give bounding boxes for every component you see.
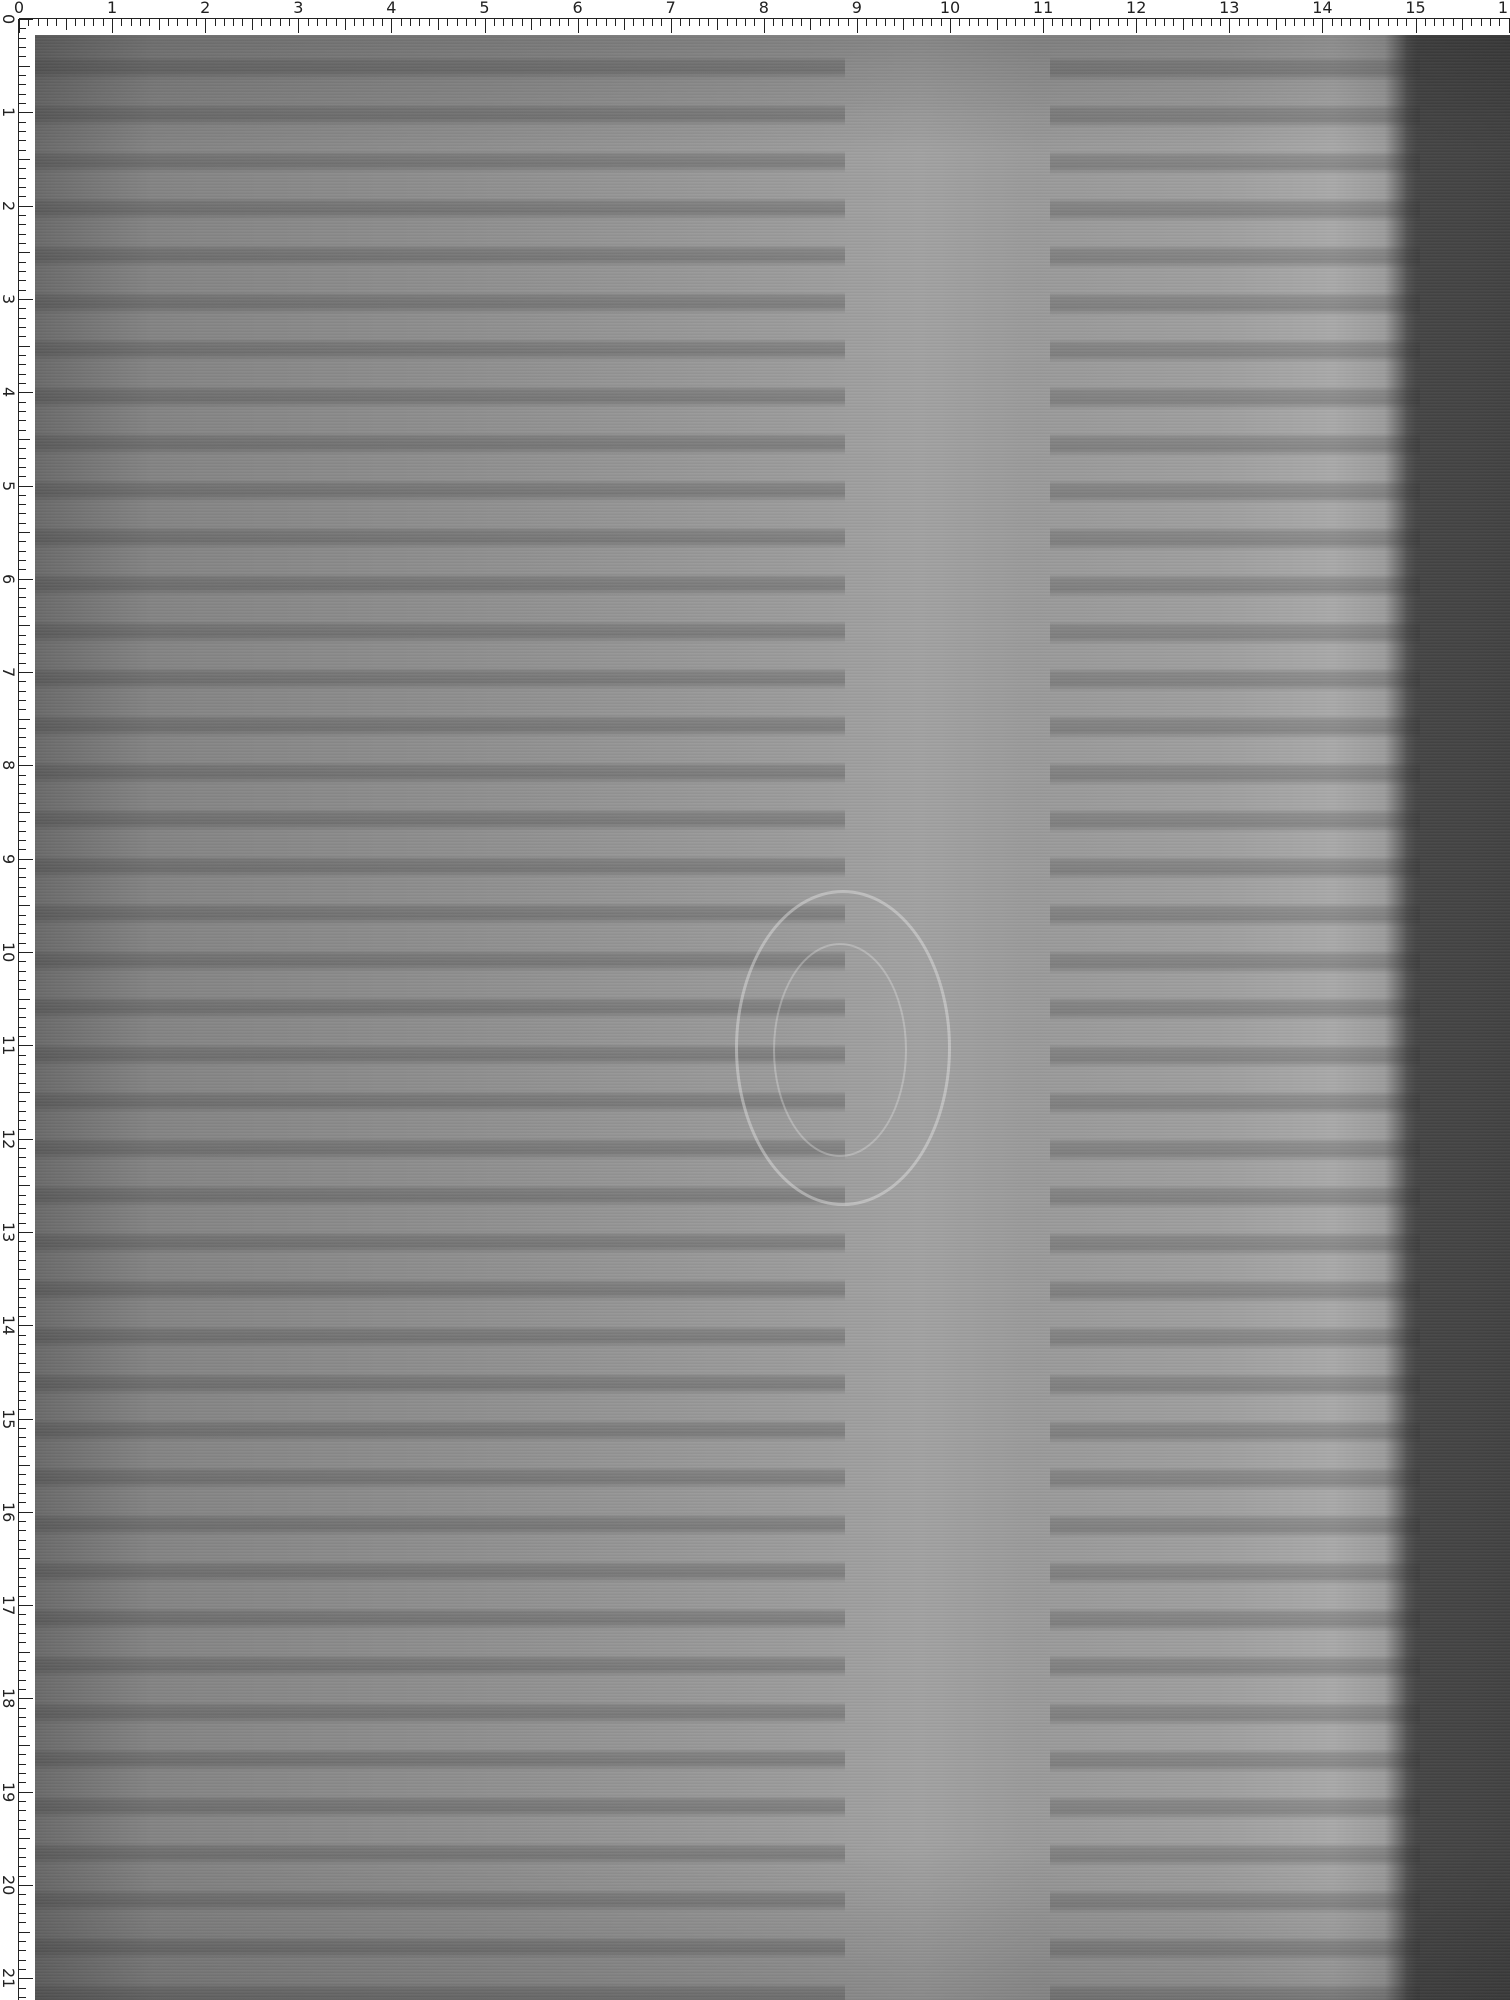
left-ruler-tick <box>19 1670 26 1671</box>
top-ruler-tick <box>1267 19 1268 26</box>
top-ruler-label: 7 <box>666 0 676 16</box>
manuscript-scan <box>35 35 1510 2000</box>
top-ruler-tick <box>419 19 420 26</box>
left-ruler-tick <box>19 1988 26 1989</box>
left-ruler-label: 14 <box>0 1315 16 1335</box>
left-ruler-label: 8 <box>0 760 16 770</box>
left-ruler-tick <box>19 66 30 67</box>
top-ruler-tick <box>1350 19 1351 26</box>
left-ruler-tick <box>19 1073 26 1074</box>
top-ruler-tick <box>1378 19 1379 26</box>
top-ruler-tick <box>717 19 718 30</box>
left-ruler-tick <box>19 439 30 440</box>
left-ruler-tick <box>19 961 26 962</box>
left-ruler-tick <box>19 1708 26 1709</box>
top-ruler-tick <box>1080 19 1081 26</box>
left-ruler-tick <box>19 905 30 906</box>
top-ruler-tick <box>121 19 122 26</box>
left-ruler-tick <box>19 625 30 626</box>
left-ruler-tick <box>19 1437 26 1438</box>
left-ruler-tick <box>19 523 26 524</box>
top-ruler-label: 11 <box>1033 0 1053 16</box>
top-ruler-tick <box>56 19 57 26</box>
left-ruler-tick <box>19 290 26 291</box>
left-ruler-tick <box>19 75 26 76</box>
top-ruler-tick <box>596 19 597 26</box>
left-ruler-tick <box>19 1167 26 1168</box>
left-ruler-tick <box>19 1316 26 1317</box>
left-ruler-tick <box>19 728 26 729</box>
top-ruler-tick <box>1146 19 1147 26</box>
top-ruler-tick <box>615 19 616 26</box>
top-ruler-tick <box>550 19 551 26</box>
top-ruler-tick <box>1108 19 1109 26</box>
left-ruler-tick <box>19 1204 26 1205</box>
left-ruler-tick <box>19 840 26 841</box>
left-ruler-tick <box>19 719 30 720</box>
top-ruler-tick <box>531 19 532 30</box>
left-ruler-tick <box>19 486 33 487</box>
left-ruler-tick <box>19 187 26 188</box>
top-ruler-tick <box>447 19 448 26</box>
left-ruler-tick <box>19 1661 26 1662</box>
top-ruler-tick <box>1499 19 1500 26</box>
left-ruler-tick <box>19 1885 33 1886</box>
left-ruler-tick <box>19 1782 26 1783</box>
left-ruler-tick <box>19 1857 26 1858</box>
top-ruler-tick <box>1471 19 1472 26</box>
left-ruler-tick <box>19 1820 26 1821</box>
left-ruler-tick <box>19 1129 26 1130</box>
top-ruler-tick <box>317 19 318 26</box>
left-ruler-tick <box>19 224 26 225</box>
top-ruler-tick <box>941 19 942 26</box>
top-ruler-tick <box>1416 19 1417 33</box>
left-ruler-tick <box>19 1213 26 1214</box>
left-ruler-tick <box>19 793 26 794</box>
left-ruler-tick <box>19 821 26 822</box>
left-ruler-tick <box>19 737 26 738</box>
left-ruler-tick <box>19 980 26 981</box>
top-ruler-tick <box>922 19 923 26</box>
top-ruler-label: 3 <box>293 0 303 16</box>
left-ruler-tick <box>19 47 26 48</box>
top-ruler-tick <box>149 19 150 26</box>
left-ruler-label: 16 <box>0 1502 16 1522</box>
left-ruler-tick <box>19 299 33 300</box>
top-ruler-tick <box>1229 19 1230 33</box>
left-ruler-tick <box>19 644 26 645</box>
left-ruler-tick <box>19 1391 26 1392</box>
left-ruler-tick <box>19 1307 26 1308</box>
left-ruler-tick <box>19 579 33 580</box>
left-ruler-tick <box>19 999 30 1000</box>
top-ruler-tick <box>736 19 737 26</box>
left-ruler-tick <box>19 504 26 505</box>
left-ruler-tick <box>19 420 26 421</box>
left-ruler-tick <box>19 1745 30 1746</box>
left-ruler-tick <box>19 215 26 216</box>
left-ruler-tick <box>19 1017 26 1018</box>
top-ruler-tick <box>224 19 225 26</box>
top-ruler-tick <box>410 19 411 26</box>
left-ruler-label: 17 <box>0 1595 16 1615</box>
left-ruler-tick <box>19 1344 26 1345</box>
left-ruler-tick <box>19 1363 26 1364</box>
top-ruler-tick <box>1332 19 1333 26</box>
left-ruler-tick <box>19 1335 26 1336</box>
top-ruler-tick <box>1322 19 1323 33</box>
left-ruler-tick <box>19 271 26 272</box>
top-ruler-tick <box>522 19 523 26</box>
left-ruler-tick <box>19 663 26 664</box>
left-ruler-label: 19 <box>0 1782 16 1802</box>
left-ruler-tick <box>19 887 26 888</box>
top-ruler-tick <box>1369 19 1370 30</box>
top-ruler-tick <box>987 19 988 26</box>
left-ruler-tick <box>19 1586 26 1587</box>
left-ruler-tick <box>19 178 26 179</box>
left-ruler-label: 10 <box>0 942 16 962</box>
left-ruler-tick <box>19 1530 26 1531</box>
left-ruler-tick <box>19 1297 26 1298</box>
left-ruler-tick <box>19 411 26 412</box>
left-ruler-tick <box>19 1055 26 1056</box>
top-ruler-tick <box>1155 19 1156 26</box>
top-ruler-tick <box>903 19 904 30</box>
left-ruler-tick <box>19 709 26 710</box>
left-ruler-tick <box>19 1372 30 1373</box>
left-ruler-tick <box>19 476 26 477</box>
left-ruler-tick <box>19 672 33 673</box>
top-ruler-label: 12 <box>1126 0 1146 16</box>
left-ruler-label: 7 <box>0 667 16 677</box>
left-ruler-tick <box>19 1092 30 1093</box>
left-ruler-tick <box>19 1997 26 1998</box>
top-ruler-tick <box>857 19 858 33</box>
top-ruler-tick <box>950 19 951 33</box>
left-ruler-tick <box>19 1008 26 1009</box>
left-ruler-tick <box>19 346 30 347</box>
top-ruler-tick <box>1192 19 1193 26</box>
top-ruler-tick <box>745 19 746 26</box>
left-ruler-tick <box>19 859 33 860</box>
left-ruler-tick <box>19 1148 26 1149</box>
left-ruler-tick <box>19 1260 26 1261</box>
top-ruler-tick <box>140 19 141 26</box>
top-ruler-tick <box>1052 19 1053 26</box>
left-ruler-tick <box>19 1521 26 1522</box>
left-ruler-label: 15 <box>0 1409 16 1429</box>
left-ruler-tick <box>19 1232 33 1233</box>
top-ruler-tick <box>1099 19 1100 26</box>
left-ruler-tick <box>19 318 26 319</box>
top-ruler-tick <box>308 19 309 26</box>
top-ruler-tick <box>168 19 169 26</box>
left-ruler-tick <box>19 252 30 253</box>
top-ruler-label: 5 <box>479 0 489 16</box>
left-ruler-tick <box>19 849 26 850</box>
left-ruler-tick <box>19 765 33 766</box>
left-ruler-tick <box>19 1596 26 1597</box>
left-ruler-tick <box>19 1558 30 1559</box>
left-ruler-tick <box>19 336 26 337</box>
left-ruler-tick <box>19 943 26 944</box>
top-ruler-label: 9 <box>852 0 862 16</box>
left-ruler-tick <box>19 1045 33 1046</box>
left-ruler-label: 12 <box>0 1129 16 1149</box>
left-ruler-label: 2 <box>0 201 16 211</box>
left-ruler-tick <box>19 1689 26 1690</box>
left-ruler-tick <box>19 1680 26 1681</box>
left-ruler-tick <box>19 28 26 29</box>
left-ruler-tick <box>19 1736 26 1737</box>
top-ruler-tick <box>66 19 67 30</box>
top-ruler-tick <box>252 19 253 30</box>
left-ruler-tick <box>19 1568 26 1569</box>
top-ruler-tick <box>28 19 29 26</box>
left-ruler-tick <box>19 924 26 925</box>
top-ruler-tick <box>1071 19 1072 26</box>
top-ruler-tick <box>19 19 20 33</box>
left-ruler-tick <box>19 1474 26 1475</box>
top-ruler-tick <box>391 19 392 33</box>
top-ruler-tick <box>680 19 681 26</box>
top-ruler-tick <box>978 19 979 26</box>
left-ruler-tick <box>19 1810 26 1811</box>
top-ruler-tick <box>866 19 867 26</box>
top-ruler-tick <box>1024 19 1025 26</box>
left-ruler-tick <box>19 877 26 878</box>
left-ruler-tick <box>19 933 26 934</box>
left-ruler-tick <box>19 1502 26 1503</box>
top-ruler-tick <box>1360 19 1361 26</box>
left-ruler-tick <box>19 1773 26 1774</box>
left-ruler-tick <box>19 84 26 85</box>
left-ruler-tick <box>19 159 30 160</box>
left-ruler-tick <box>19 448 26 449</box>
top-ruler-tick <box>1406 19 1407 26</box>
top-ruler-label: 4 <box>386 0 396 16</box>
top-ruler-label: 10 <box>940 0 960 16</box>
top-ruler-tick <box>289 19 290 26</box>
top-ruler-tick <box>661 19 662 26</box>
left-ruler-tick <box>19 607 26 608</box>
top-ruler-tick <box>1425 19 1426 26</box>
left-ruler-tick <box>19 1838 30 1839</box>
left-ruler-tick <box>19 700 26 701</box>
top-ruler-tick <box>112 19 113 33</box>
left-ruler-tick <box>19 1279 30 1280</box>
left-ruler-tick <box>19 775 26 776</box>
top-ruler-tick <box>354 19 355 26</box>
top-ruler-tick <box>1118 19 1119 26</box>
top-ruler-tick <box>1034 19 1035 26</box>
left-ruler-tick <box>19 989 26 990</box>
top-ruler-tick <box>1481 19 1482 26</box>
top-ruler-tick <box>345 19 346 30</box>
top-ruler-tick <box>280 19 281 26</box>
top-ruler-tick <box>485 19 486 33</box>
left-ruler-tick <box>19 103 26 104</box>
top-ruler-tick <box>1164 19 1165 26</box>
left-ruler-tick <box>19 1456 26 1457</box>
left-ruler-tick <box>19 1465 30 1466</box>
top-ruler-tick <box>177 19 178 26</box>
left-ruler-tick <box>19 196 26 197</box>
left-ruler-tick <box>19 1960 26 1961</box>
top-ruler-tick <box>885 19 886 26</box>
left-ruler-tick <box>19 374 26 375</box>
top-ruler-tick <box>1490 19 1491 26</box>
top-ruler-tick <box>363 19 364 26</box>
left-ruler-label: 0 <box>0 14 16 24</box>
top-ruler-tick <box>894 19 895 26</box>
top-ruler-tick <box>382 19 383 26</box>
left-ruler-label: 4 <box>0 387 16 397</box>
left-ruler-tick <box>19 1269 26 1270</box>
left-ruler-tick <box>19 1540 26 1541</box>
left-ruler-tick <box>19 1698 33 1699</box>
left-ruler-tick <box>19 1642 26 1643</box>
top-ruler-tick <box>1294 19 1295 26</box>
left-ruler-tick <box>19 430 26 431</box>
left-ruler-tick <box>19 1195 26 1196</box>
left-ruler-tick <box>19 513 26 514</box>
top-ruler-tick <box>1173 19 1174 26</box>
left-ruler-tick <box>19 402 26 403</box>
left-ruler-tick <box>19 541 26 542</box>
scan-texture <box>35 35 1510 2000</box>
top-ruler-tick <box>624 19 625 30</box>
top-ruler-tick <box>773 19 774 26</box>
left-ruler-tick <box>19 262 26 263</box>
top-ruler-tick <box>1462 19 1463 30</box>
left-ruler-tick <box>19 1484 26 1485</box>
top-ruler-tick <box>1183 19 1184 30</box>
left-ruler-tick <box>19 896 26 897</box>
left-ruler-tick <box>19 383 26 384</box>
top-ruler-tick <box>689 19 690 26</box>
left-ruler-tick <box>19 38 26 39</box>
left-ruler-tick <box>19 551 26 552</box>
left-ruler-tick <box>19 1111 26 1112</box>
left-ruler-tick <box>19 756 26 757</box>
left-ruler-tick <box>19 1446 26 1447</box>
left-ruler-tick <box>19 784 26 785</box>
top-ruler-tick <box>820 19 821 26</box>
left-ruler-tick <box>19 1176 26 1177</box>
top-ruler-tick <box>1509 19 1510 33</box>
top-ruler-label: 1 <box>107 0 117 16</box>
top-ruler-tick <box>1285 19 1286 26</box>
left-ruler-tick <box>19 1409 26 1410</box>
left-ruler-tick <box>19 1866 26 1867</box>
top-ruler-label: 1 <box>1498 0 1508 16</box>
top-ruler-tick <box>429 19 430 26</box>
top-ruler-tick <box>754 19 755 26</box>
top-ruler-tick <box>131 19 132 26</box>
left-ruler-tick <box>19 1969 26 1970</box>
left-ruler-tick <box>19 831 26 832</box>
top-ruler-label: 6 <box>573 0 583 16</box>
top-ruler-tick <box>848 19 849 26</box>
left-ruler-tick <box>19 308 26 309</box>
left-ruler-tick <box>19 234 26 235</box>
top-ruler-tick <box>540 19 541 26</box>
left-ruler-tick <box>19 1353 26 1354</box>
top-ruler-tick <box>1248 19 1249 26</box>
top-ruler-tick <box>559 19 560 26</box>
left-ruler-tick <box>19 458 26 459</box>
top-ruler-tick <box>1239 19 1240 26</box>
top-ruler-tick <box>792 19 793 26</box>
top-ruler-tick <box>270 19 271 26</box>
top-ruler-tick <box>187 19 188 26</box>
top-ruler-tick <box>633 19 634 26</box>
left-ruler-tick <box>19 392 33 393</box>
left-ruler-tick <box>19 1288 26 1289</box>
left-ruler-tick <box>19 1325 33 1326</box>
left-ruler-tick <box>19 1978 33 1979</box>
left-ruler-tick <box>19 1493 26 1494</box>
top-ruler-tick <box>876 19 877 26</box>
left-ruler-tick <box>19 1950 26 1951</box>
top-ruler-tick <box>1211 19 1212 26</box>
top-ruler-tick <box>1397 19 1398 26</box>
left-ruler-tick <box>19 19 33 20</box>
top-ruler-tick <box>671 19 672 33</box>
left-ruler-tick <box>19 206 33 207</box>
left-ruler-tick <box>19 1381 26 1382</box>
top-ruler-tick <box>401 19 402 26</box>
top-ruler-tick <box>1220 19 1221 26</box>
left-ruler-tick <box>19 1726 26 1727</box>
top-ruler-tick <box>205 19 206 33</box>
top-ruler-tick <box>1434 19 1435 26</box>
top-ruler-tick <box>1062 19 1063 26</box>
left-ruler-tick <box>19 1185 30 1186</box>
top-ruler-label: 15 <box>1405 0 1425 16</box>
top-ruler-tick <box>438 19 439 30</box>
top-ruler-tick <box>1304 19 1305 26</box>
left-ruler-tick <box>19 1717 26 1718</box>
top-ruler-tick <box>1341 19 1342 26</box>
top-ruler-tick <box>494 19 495 26</box>
left-ruler-tick <box>19 1549 26 1550</box>
top-ruler-tick <box>1313 19 1314 26</box>
left-ruler-label: 1 <box>0 107 16 117</box>
top-ruler-tick <box>1276 19 1277 30</box>
top-ruler-tick <box>298 19 299 33</box>
left-ruler-label: 5 <box>0 481 16 491</box>
left-ruler-tick <box>19 1605 33 1606</box>
left-ruler-tick <box>19 56 26 57</box>
top-ruler-tick <box>578 19 579 33</box>
top-ruler-tick <box>764 19 765 33</box>
left-ruler-tick <box>19 112 33 113</box>
left-ruler-tick <box>19 1941 26 1942</box>
left-ruler-label: 11 <box>0 1035 16 1055</box>
top-ruler-tick <box>261 19 262 26</box>
top-ruler-tick <box>1201 19 1202 26</box>
left-ruler-tick <box>19 1400 26 1401</box>
left-ruler-label: 13 <box>0 1222 16 1242</box>
left-ruler-tick <box>19 569 26 570</box>
left-ruler-tick <box>19 1036 26 1037</box>
left-ruler-tick <box>19 131 26 132</box>
left-ruler-tick <box>19 364 26 365</box>
